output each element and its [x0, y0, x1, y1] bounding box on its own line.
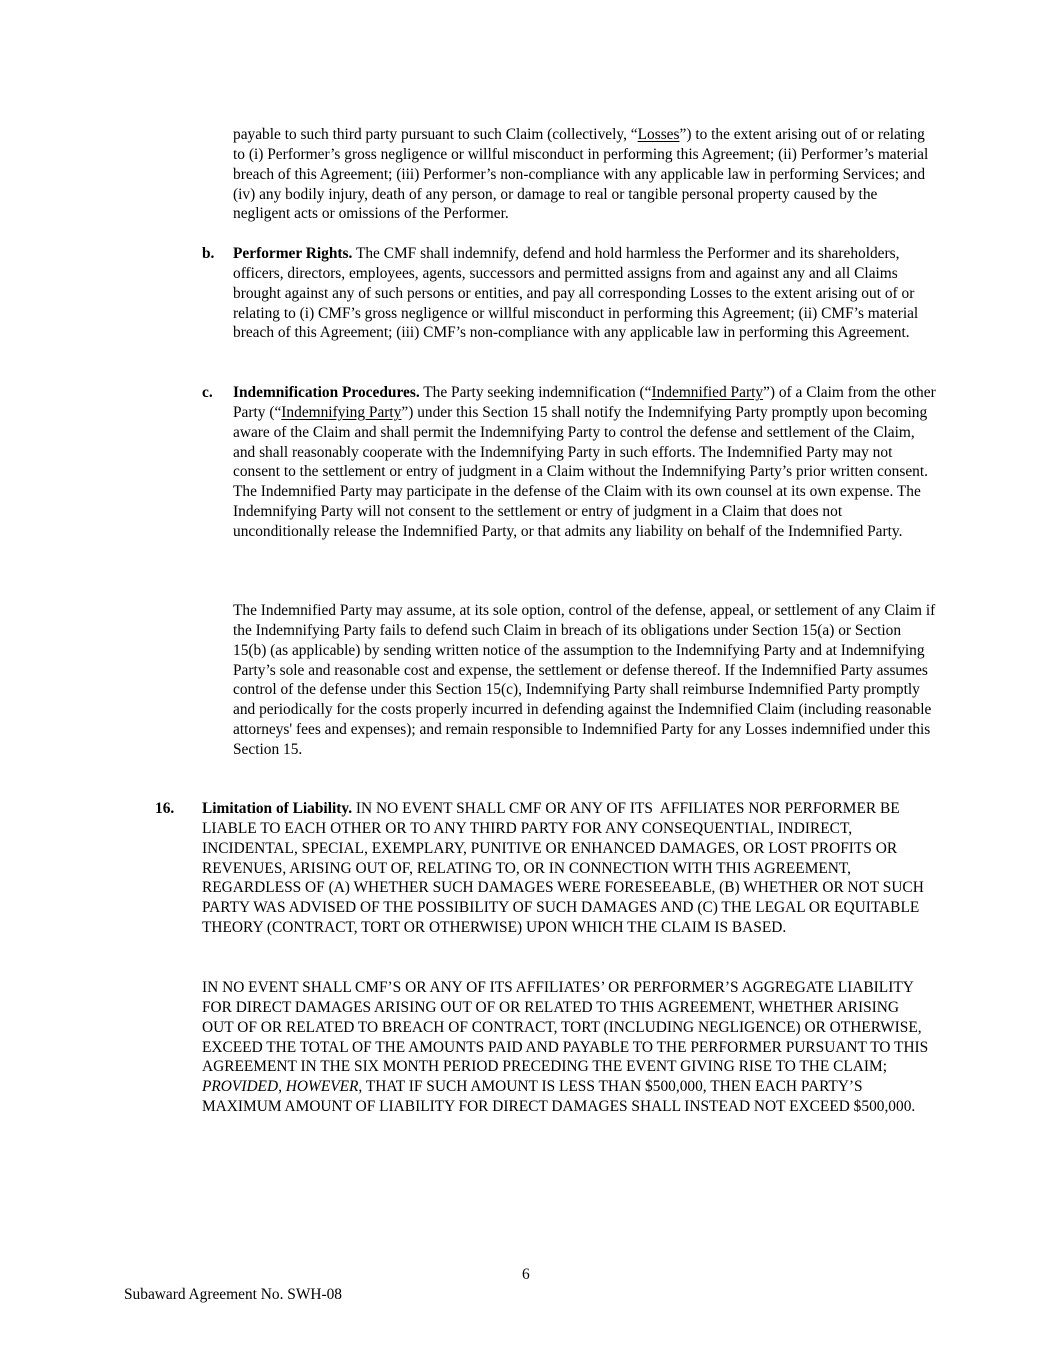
paragraph-text: ”) under this Section 15 shall notify th… — [233, 404, 928, 540]
paragraph: Indemnification Procedures. The Party se… — [233, 383, 938, 542]
section-heading: Performer Rights. — [233, 245, 352, 262]
paragraph-text: IN NO EVENT SHALL CMF’S OR ANY OF ITS AF… — [202, 979, 928, 1075]
paragraph: Performer Rights. The CMF shall indemnif… — [233, 244, 938, 343]
defined-term-indemnifying-party: Indemnifying Party — [281, 404, 401, 421]
section-15c-paragraph-2: The Indemnified Party may assume, at its… — [233, 601, 938, 760]
paragraph: IN NO EVENT SHALL CMF’S OR ANY OF ITS AF… — [202, 978, 932, 1117]
defined-term-losses: Losses — [638, 126, 680, 143]
section-marker: b. — [202, 244, 214, 264]
paragraph-text: payable to such third party pursuant to … — [233, 126, 638, 143]
section-number: 16. — [155, 799, 174, 819]
section-15b: b. Performer Rights. The CMF shall indem… — [233, 244, 938, 343]
section-heading: Limitation of Liability. — [202, 800, 352, 817]
footer-agreement-label: Subaward Agreement No. SWH-08 — [124, 1285, 342, 1305]
defined-term-indemnified-party: Indemnified Party — [651, 384, 763, 401]
section-marker: c. — [202, 383, 213, 403]
section-heading: Indemnification Procedures. — [233, 384, 420, 401]
document-page: payable to such third party pursuant to … — [0, 0, 1055, 1365]
paragraph: payable to such third party pursuant to … — [233, 125, 938, 224]
page-number: 6 — [522, 1265, 530, 1285]
section-15c: c. Indemnification Procedures. The Party… — [233, 383, 938, 542]
paragraph: Limitation of Liability. IN NO EVENT SHA… — [202, 799, 932, 938]
section-16: 16. Limitation of Liability. IN NO EVENT… — [202, 799, 932, 938]
section-15a-continuation: payable to such third party pursuant to … — [233, 125, 938, 224]
paragraph-text: The Party seeking indemnification (“ — [420, 384, 652, 401]
section-16-paragraph-2: IN NO EVENT SHALL CMF’S OR ANY OF ITS AF… — [202, 978, 932, 1117]
paragraph: The Indemnified Party may assume, at its… — [233, 601, 938, 760]
paragraph-text: IN NO EVENT SHALL CMF OR ANY OF ITS AFFI… — [202, 800, 928, 936]
italic-proviso: PROVIDED, HOWEVER, — [202, 1078, 362, 1095]
